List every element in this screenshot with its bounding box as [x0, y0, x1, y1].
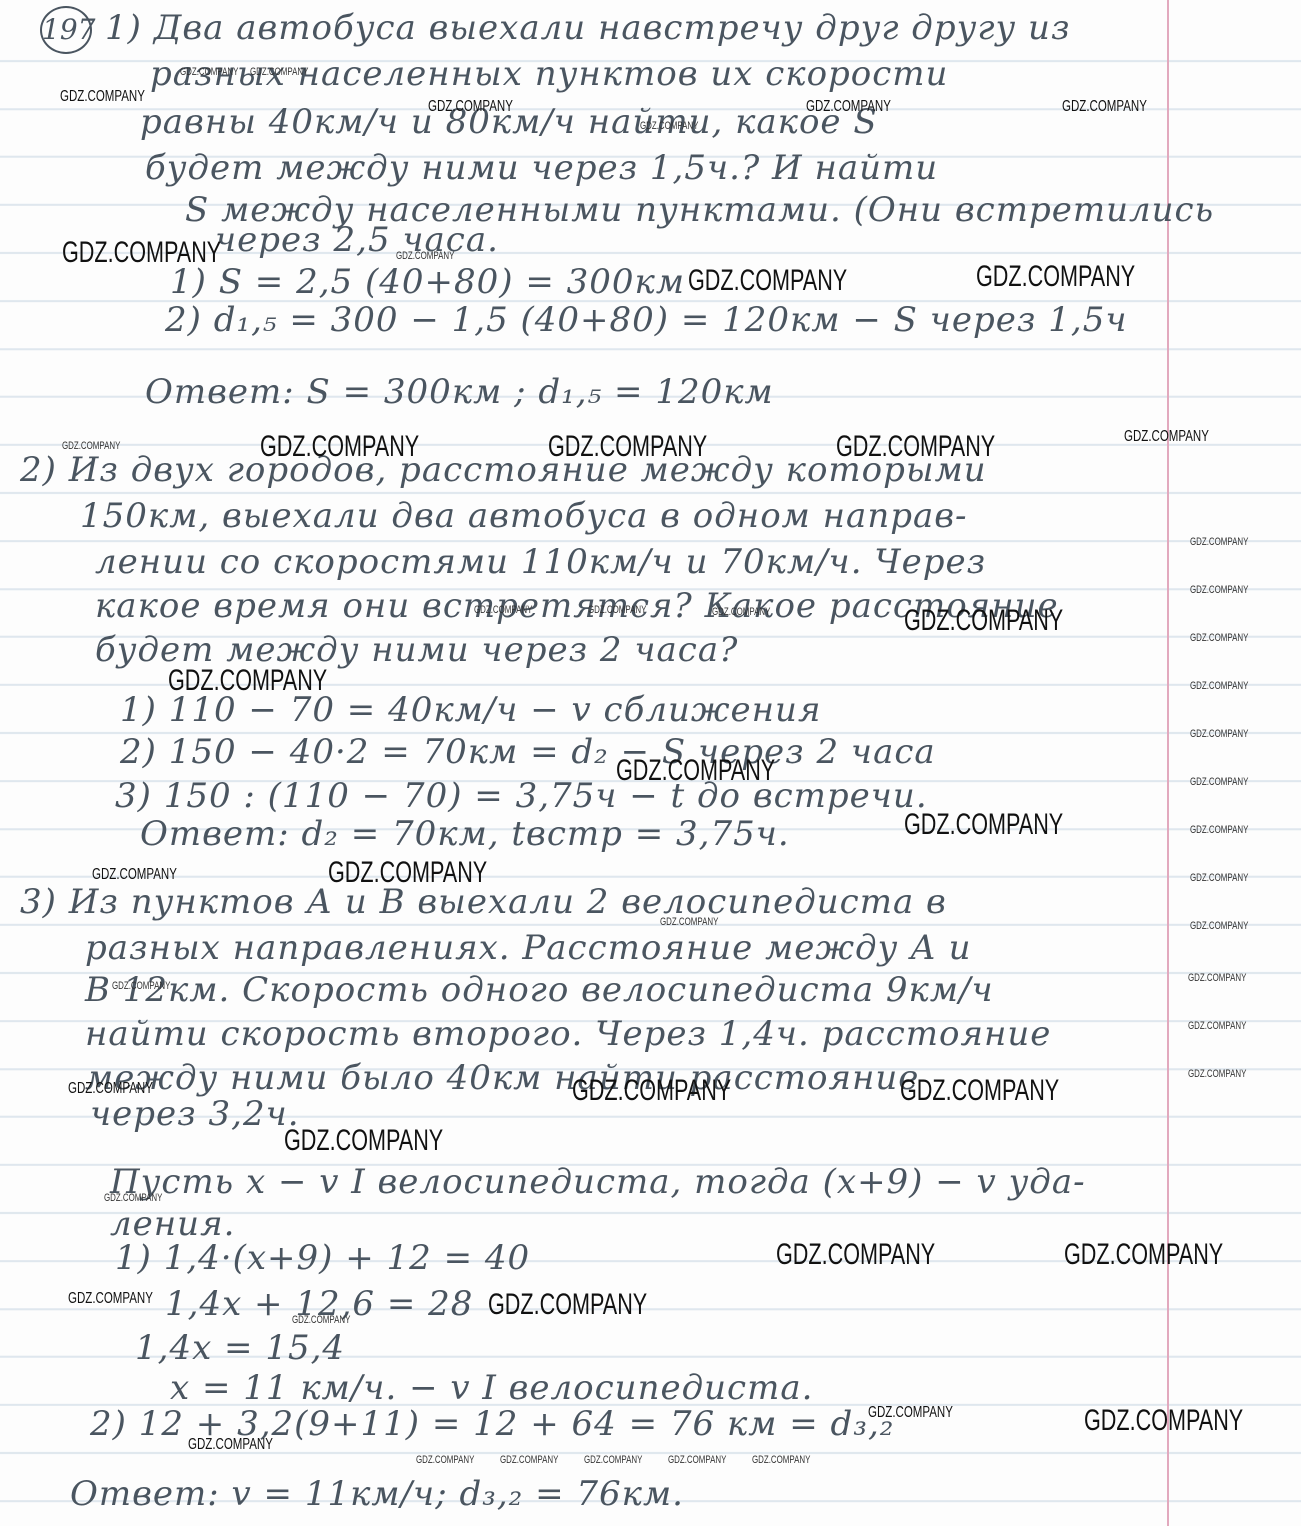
problem-2-solution-step: 2) 150 − 40·2 = 70км = d₂ − S через 2 ча… — [120, 732, 936, 772]
watermark: GDZ.COMPANY — [474, 604, 532, 616]
watermark: GDZ.COMPANY — [292, 1314, 350, 1326]
watermark: GDZ.COMPANY — [904, 808, 1063, 842]
problem-2-text-line: 150км, выехали два автобуса в одном напр… — [80, 496, 968, 536]
watermark: GDZ.COMPANY — [284, 1124, 443, 1158]
watermark: GDZ.COMPANY — [640, 120, 698, 132]
watermark: GDZ.COMPANY — [868, 1404, 953, 1422]
watermark: GDZ.COMPANY — [92, 866, 177, 884]
watermark: GDZ.COMPANY — [1190, 584, 1248, 596]
watermark: GDZ.COMPANY — [1188, 972, 1246, 984]
watermark: GDZ.COMPANY — [168, 664, 327, 698]
problem-3-text-line: между ними было 40км найти расстояние — [85, 1058, 919, 1098]
watermark: GDZ.COMPANY — [1062, 98, 1147, 116]
watermark: GDZ.COMPANY — [900, 1074, 1059, 1108]
watermark: GDZ.COMPANY — [1190, 776, 1248, 788]
watermark: GDZ.COMPANY — [1190, 728, 1248, 740]
problem-1-text-line: будет между ними через 1,5ч.? И найти — [145, 148, 938, 188]
watermark: GDZ.COMPANY — [68, 1290, 153, 1308]
problem-2-answer: Ответ: d₂ = 70км, tвстр = 3,75ч. — [140, 814, 790, 854]
watermark: GDZ.COMPANY — [260, 430, 419, 464]
problem-3-solution-step: Пусть x − v I велосипедиста, тогда (x+9)… — [110, 1162, 1086, 1202]
watermark: GDZ.COMPANY — [68, 1080, 153, 1098]
problem-1-text-line: 1) Два автобуса выехали навстречу друг д… — [105, 8, 1071, 48]
watermark: GDZ.COMPANY — [1084, 1404, 1243, 1438]
watermark: GDZ.COMPANY — [548, 430, 707, 464]
watermark: GDZ.COMPANY — [806, 98, 891, 116]
watermark: GDZ.COMPANY — [488, 1288, 647, 1322]
watermark: GDZ.COMPANY — [712, 606, 770, 618]
problem-3-answer: Ответ: v = 11км/ч; d₃,₂ = 76км. — [70, 1474, 684, 1514]
watermark: GDZ.COMPANY — [1124, 428, 1209, 446]
watermark: GDZ.COMPANY — [112, 980, 170, 992]
watermark: GDZ.COMPANY — [428, 98, 513, 116]
watermark: GDZ.COMPANY — [904, 604, 1063, 638]
watermark: GDZ.COMPANY — [1190, 872, 1248, 884]
watermark: GDZ.COMPANY — [188, 1436, 273, 1454]
problem-1-answer: Ответ: S = 300км ; d₁,₅ = 120км — [145, 372, 774, 412]
watermark: GDZ.COMPANY — [1190, 632, 1248, 644]
watermark: GDZ.COMPANY — [1190, 824, 1248, 836]
watermark: GDZ.COMPANY — [752, 1454, 810, 1466]
watermark: GDZ.COMPANY — [572, 1074, 731, 1108]
watermark: GDZ.COMPANY — [976, 260, 1135, 294]
watermark: GDZ.COMPANY — [328, 856, 487, 890]
watermark: GDZ.COMPANY — [616, 754, 775, 788]
task-number-circled: 197 — [40, 6, 92, 54]
watermark: GDZ.COMPANY — [688, 264, 847, 298]
problem-2-text-line: лении со скоростями 110км/ч и 70км/ч. Че… — [95, 542, 986, 582]
problem-2-solution-step: 3) 150 : (110 − 70) = 3,75ч − t до встре… — [115, 776, 928, 816]
watermark: GDZ.COMPANY — [180, 66, 238, 78]
watermark: GDZ.COMPANY — [500, 1454, 558, 1466]
watermark: GDZ.COMPANY — [836, 430, 995, 464]
watermark: GDZ.COMPANY — [660, 916, 718, 928]
watermark: GDZ.COMPANY — [62, 440, 120, 452]
watermark: GDZ.COMPANY — [1190, 920, 1248, 932]
problem-3-solution-step: 1,4x = 15,4 — [135, 1328, 345, 1368]
problem-3-text-line: найти скорость второго. Через 1,4ч. расс… — [85, 1014, 1051, 1054]
watermark: GDZ.COMPANY — [776, 1238, 935, 1272]
problem-3-text-line: В 12км. Скорость одного велосипедиста 9к… — [85, 970, 994, 1010]
watermark: GDZ.COMPANY — [588, 604, 646, 616]
watermark: GDZ.COMPANY — [668, 1454, 726, 1466]
watermark: GDZ.COMPANY — [416, 1454, 474, 1466]
watermark: GDZ.COMPANY — [60, 88, 145, 106]
problem-1-solution-step: 1) S = 2,5 (40+80) = 300км — [170, 262, 685, 302]
watermark: GDZ.COMPANY — [1188, 1068, 1246, 1080]
problem-3-solution-step: x = 11 км/ч. − v I велосипедиста. — [170, 1368, 813, 1408]
watermark: GDZ.COMPANY — [62, 236, 221, 270]
problem-1-text-line: через 2,5 часа. — [215, 220, 499, 260]
watermark: GDZ.COMPANY — [396, 250, 454, 262]
watermark: GDZ.COMPANY — [1188, 1020, 1246, 1032]
watermark: GDZ.COMPANY — [104, 1192, 162, 1204]
problem-1-solution-step: 2) d₁,₅ = 300 − 1,5 (40+80) = 120км − S … — [165, 300, 1128, 340]
watermark: GDZ.COMPANY — [1064, 1238, 1223, 1272]
problem-3-solution-step: 1) 1,4·(x+9) + 12 = 40 — [115, 1238, 530, 1278]
watermark: GDZ.COMPANY — [1190, 680, 1248, 692]
watermark: GDZ.COMPANY — [584, 1454, 642, 1466]
watermark: GDZ.COMPANY — [250, 66, 308, 78]
problem-3-text-line: разных направлениях. Расстояние между А … — [85, 928, 972, 968]
watermark: GDZ.COMPANY — [1190, 536, 1248, 548]
problem-3-text-line: через 3,2ч. — [90, 1094, 300, 1134]
